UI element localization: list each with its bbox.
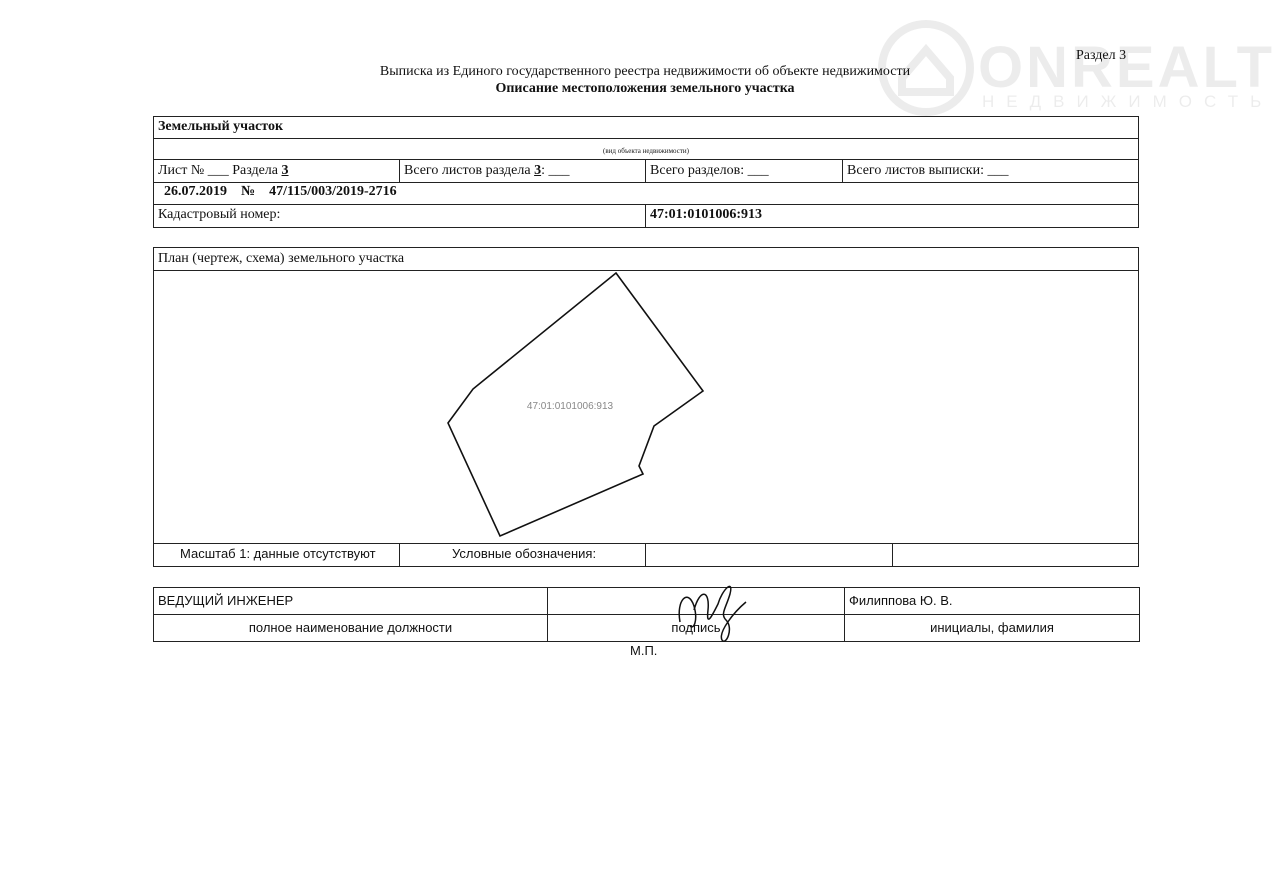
cadastral-value: 47:01:0101006:913 <box>646 207 762 223</box>
total-sections-value: ___ <box>748 163 769 178</box>
handwritten-signature-icon <box>674 580 754 646</box>
number-sign: № <box>241 184 255 199</box>
total-sheets-section-suffix: : ___ <box>541 163 569 178</box>
total-sheets-extract: Всего листов выписки: ___ <box>843 163 1008 179</box>
signature-table: ВЕДУЩИЙ ИНЖЕНЕР полное наименование долж… <box>153 587 1140 642</box>
cadastral-label: Кадастровый номер: <box>154 207 280 223</box>
sheet-number: Лист № ___ Раздела 3 <box>154 163 289 179</box>
object-info-table: Земельный участок (вид объекта недвижимо… <box>153 116 1139 228</box>
sheet-label: Лист № <box>158 163 204 178</box>
total-sheets-section: Всего листов раздела 3: ___ <box>400 163 570 179</box>
name-caption: инициалы, фамилия <box>845 620 1139 635</box>
total-sections-label: Всего разделов: <box>650 163 744 178</box>
section-label: Раздел 3 <box>1076 48 1126 64</box>
signer-name: Филиппова Ю. В. <box>845 593 953 608</box>
registration-date: 26.07.2019 <box>164 184 227 199</box>
total-sheets-section-label: Всего листов раздела <box>404 163 531 178</box>
sheet-value: ___ <box>208 163 229 178</box>
total-sheets-extract-value: ___ <box>987 163 1008 178</box>
object-type: Земельный участок <box>154 119 283 135</box>
registration-number: 47/115/003/2019-2716 <box>269 184 397 199</box>
object-type-caption: (вид объекта недвижимости) <box>154 147 1138 155</box>
parcel-label: 47:01:0101006:913 <box>527 401 614 412</box>
section-field-value: 3 <box>282 163 289 178</box>
total-sheets-extract-label: Всего листов выписки: <box>847 163 984 178</box>
document-subtitle: Описание местоположения земельного участ… <box>0 81 1280 97</box>
total-sections: Всего разделов: ___ <box>646 163 769 179</box>
scale-info: Масштаб 1: данные отсутствуют <box>176 546 376 561</box>
stamp-place: М.П. <box>630 643 657 658</box>
document-title: Выписка из Единого государственного реес… <box>0 64 1280 80</box>
legend-label: Условные обозначения: <box>448 546 596 561</box>
position-caption: полное наименование должности <box>154 620 547 635</box>
position-title: ВЕДУЩИЙ ИНЖЕНЕР <box>154 593 293 608</box>
parcel-drawing: 47:01:0101006:913 <box>154 248 1138 544</box>
section-field-label: Раздела <box>232 163 278 178</box>
plan-table: План (чертеж, схема) земельного участка … <box>153 247 1139 567</box>
registration-info: 26.07.2019 № 47/115/003/2019-2716 <box>160 184 397 200</box>
